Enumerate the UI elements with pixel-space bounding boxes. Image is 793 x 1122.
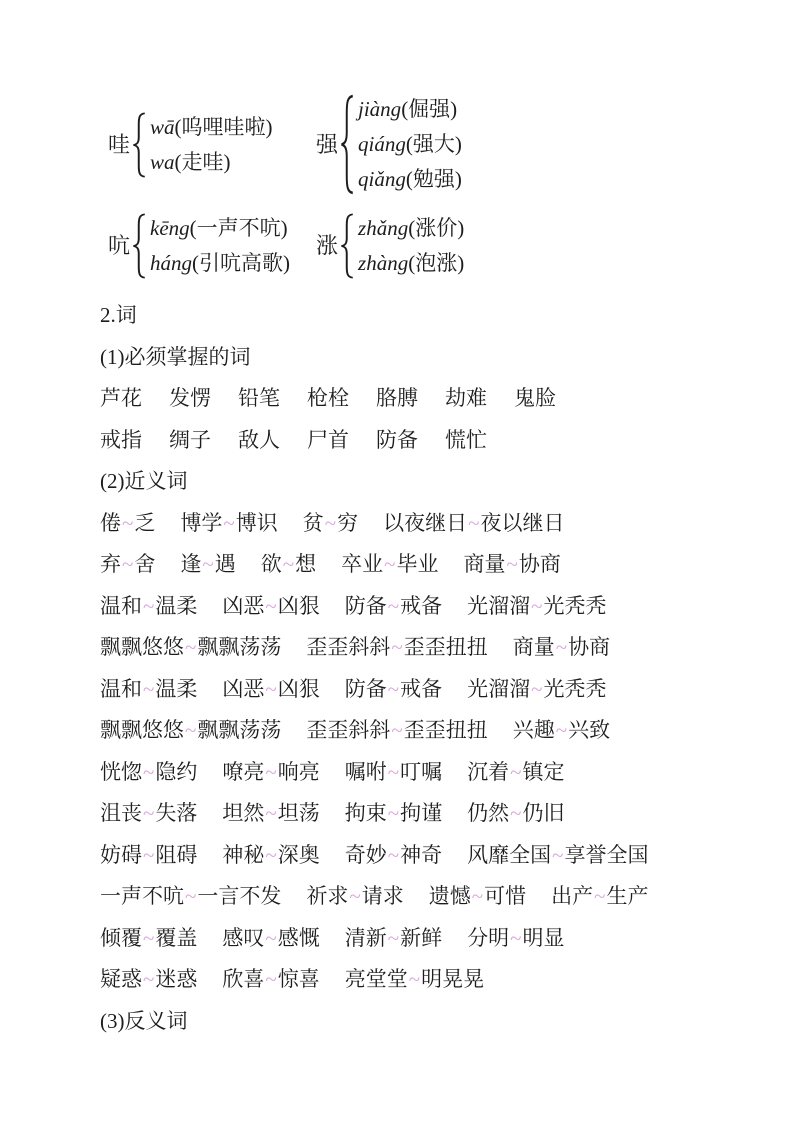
synonym-pair: 出产~生产 (551, 876, 648, 918)
word: 叮嘱 (400, 760, 442, 784)
synonym-pair: 倦~乏 (100, 503, 155, 545)
tilde-connector: ~ (264, 926, 277, 950)
word: 慌忙 (445, 420, 487, 462)
word: 明显 (523, 926, 565, 950)
word: 响亮 (278, 760, 320, 784)
tilde-connector: ~ (593, 884, 606, 908)
example-word: (走哇) (175, 150, 231, 174)
polyphone-group: 涨zhǎng(涨价)zhàng(泡涨) (316, 211, 464, 281)
tilde-connector: ~ (555, 635, 568, 659)
word: 劫难 (445, 378, 487, 420)
section-heading-words: 2.词 (100, 295, 733, 337)
word: 防备 (345, 594, 387, 618)
word: 恍惚 (100, 760, 142, 784)
word: 深奥 (278, 843, 320, 867)
pronunciation-entry: zhǎng(涨价) (358, 211, 464, 246)
pinyin-text: wā (150, 115, 175, 139)
word: 博学 (180, 511, 222, 535)
word: 嘱咐 (345, 760, 387, 784)
tilde-connector: ~ (387, 594, 400, 618)
pronunciation-entry: zhàng(泡涨) (358, 246, 464, 281)
synonym-pair: 沉着~镇定 (467, 752, 564, 794)
synonym-pair: 神秘~深奥 (222, 835, 319, 877)
tilde-connector: ~ (387, 677, 400, 701)
synonym-row: 温和~温柔凶恶~凶狠防备~戒备光溜溜~光秃秃 (100, 669, 733, 711)
synonym-row: 一声不吭~一言不发祈求~请求遗憾~可惜出产~生产 (100, 876, 733, 918)
tilde-connector: ~ (184, 635, 197, 659)
synonym-pair: 妨碍~阻碍 (100, 835, 197, 877)
tilde-connector: ~ (201, 552, 214, 576)
example-word: (一声不吭) (190, 216, 288, 240)
word: 卒业 (341, 552, 383, 576)
word: 嘹亮 (222, 760, 264, 784)
synonym-pair: 感叹~感慨 (222, 918, 319, 960)
word: 乏 (134, 511, 155, 535)
word: 防备 (376, 420, 418, 462)
pronunciation-entry: wa(走哇) (150, 145, 273, 180)
polyphone-row: 哇wā(呜哩哇啦)wa(走哇)强jiàng(倔强)qiáng(强大)qiǎng(… (100, 92, 733, 197)
word: 祈求 (306, 884, 348, 908)
tilde-connector: ~ (142, 967, 155, 991)
synonym-pair: 博学~博识 (180, 503, 277, 545)
word-row: 芦花发愣铅笔枪栓胳膊劫难鬼脸 (100, 378, 733, 420)
synonym-pair: 温和~温柔 (100, 586, 197, 628)
polyphone-character: 哇 (108, 134, 130, 156)
word: 遗憾 (429, 884, 471, 908)
word: 感慨 (278, 926, 320, 950)
word: 隐约 (155, 760, 197, 784)
tilde-connector: ~ (282, 552, 295, 576)
tilde-connector: ~ (530, 677, 543, 701)
word: 铅笔 (238, 378, 280, 420)
word: 飘飘悠悠 (100, 718, 184, 742)
synonym-pair: 疑惑~迷惑 (100, 959, 197, 1001)
tilde-connector: ~ (509, 926, 522, 950)
word: 遇 (215, 552, 236, 576)
tilde-connector: ~ (121, 552, 134, 576)
word: 协商 (519, 552, 561, 576)
word: 出产 (551, 884, 593, 908)
word: 坦然 (222, 801, 264, 825)
pinyin-text: jiàng (358, 97, 401, 121)
word-section: 2.词 (1)必须掌握的词 芦花发愣铅笔枪栓胳膊劫难鬼脸戒指绸子敌人尸首防备慌忙… (100, 295, 733, 1042)
word: 请求 (362, 884, 404, 908)
word: 阻碍 (155, 843, 197, 867)
synonym-pair: 祈求~请求 (306, 876, 403, 918)
pronunciation-entry: qiáng(强大) (358, 127, 462, 162)
tilde-connector: ~ (324, 511, 337, 535)
word: 坦荡 (278, 801, 320, 825)
polyphone-character: 强 (316, 134, 338, 156)
tilde-connector: ~ (387, 843, 400, 867)
tilde-connector: ~ (387, 926, 400, 950)
word: 沮丧 (100, 801, 142, 825)
polyphone-character: 涨 (316, 235, 338, 257)
tilde-connector: ~ (383, 552, 396, 576)
tilde-connector: ~ (264, 677, 277, 701)
word: 歪歪扭扭 (404, 635, 488, 659)
tilde-connector: ~ (264, 594, 277, 618)
word-row: 戒指绸子敌人尸首防备慌忙 (100, 420, 733, 462)
synonym-pair: 逢~遇 (180, 544, 235, 586)
synonym-pair: 亮堂堂~明晃晃 (345, 959, 484, 1001)
synonym-pair: 贫~穷 (303, 503, 358, 545)
word: 拘束 (345, 801, 387, 825)
tilde-connector: ~ (222, 511, 235, 535)
synonym-pair: 倾覆~覆盖 (100, 918, 197, 960)
synonym-pair: 分明~明显 (467, 918, 564, 960)
brace-icon (132, 213, 147, 279)
synonym-pair: 凶恶~凶狠 (222, 669, 319, 711)
tilde-connector: ~ (387, 801, 400, 825)
tilde-connector: ~ (264, 801, 277, 825)
word: 感叹 (222, 926, 264, 950)
synonym-pair: 光溜溜~光秃秃 (467, 669, 606, 711)
synonym-pair: 以夜继日~夜以继日 (383, 503, 564, 545)
word: 以夜继日 (383, 511, 467, 535)
word: 发愣 (169, 378, 211, 420)
tilde-connector: ~ (555, 718, 568, 742)
word: 协商 (568, 635, 610, 659)
word: 商量 (464, 552, 506, 576)
word: 尸首 (307, 420, 349, 462)
synonym-pair: 恍惚~隐约 (100, 752, 197, 794)
pronunciation-list: jiàng(倔强)qiáng(强大)qiǎng(勉强) (358, 92, 462, 197)
word: 鬼脸 (514, 378, 556, 420)
synonym-row: 弃~舍逢~遇欲~想卒业~毕业商量~协商 (100, 544, 733, 586)
word: 飘飘荡荡 (197, 718, 281, 742)
word: 仍然 (467, 801, 509, 825)
word: 欣喜 (222, 967, 264, 991)
synonym-pair: 防备~戒备 (345, 586, 442, 628)
word: 温柔 (155, 594, 197, 618)
tilde-connector: ~ (348, 884, 361, 908)
word: 歪歪斜斜 (306, 635, 390, 659)
word: 博识 (236, 511, 278, 535)
synonym-pair: 防备~戒备 (345, 669, 442, 711)
synonym-pair: 嘹亮~响亮 (222, 752, 319, 794)
example-word: (勉强) (406, 167, 462, 191)
pinyin-text: qiǎng (358, 167, 406, 191)
word: 惊喜 (278, 967, 320, 991)
synonym-pair: 坦然~坦荡 (222, 793, 319, 835)
polyphone-group: 吭kēng(一声不吭)háng(引吭高歌) (108, 211, 316, 281)
word: 胳膊 (376, 378, 418, 420)
tilde-connector: ~ (184, 718, 197, 742)
polyphone-section: 哇wā(呜哩哇啦)wa(走哇)强jiàng(倔强)qiáng(强大)qiǎng(… (100, 92, 733, 281)
word: 凶恶 (222, 594, 264, 618)
synonym-pair: 遗憾~可惜 (429, 876, 526, 918)
word: 神秘 (222, 843, 264, 867)
synonym-row: 温和~温柔凶恶~凶狠防备~戒备光溜溜~光秃秃 (100, 586, 733, 628)
word: 迷惑 (155, 967, 197, 991)
tilde-connector: ~ (264, 760, 277, 784)
tilde-connector: ~ (142, 843, 155, 867)
brace-icon (132, 112, 147, 178)
word: 光秃秃 (544, 594, 607, 618)
word: 戒备 (400, 677, 442, 701)
tilde-connector: ~ (142, 801, 155, 825)
brace-icon (340, 94, 355, 195)
synonym-pair: 欣喜~惊喜 (222, 959, 319, 1001)
example-word: (强大) (406, 132, 462, 156)
tilde-connector: ~ (530, 594, 543, 618)
pronunciation-entry: jiàng(倔强) (358, 92, 462, 127)
synonym-row: 飘飘悠悠~飘飘荡荡歪歪斜斜~歪歪扭扭商量~协商 (100, 627, 733, 669)
synonym-pair: 商量~协商 (513, 627, 610, 669)
synonym-pair: 风靡全国~享誉全国 (467, 835, 648, 877)
tilde-connector: ~ (408, 967, 421, 991)
word: 温和 (100, 594, 142, 618)
word: 兴致 (568, 718, 610, 742)
word: 亮堂堂 (345, 967, 408, 991)
word: 温柔 (155, 677, 197, 701)
example-word: (呜哩哇啦) (175, 115, 273, 139)
word: 弃 (100, 552, 121, 576)
word: 穷 (337, 511, 358, 535)
synonym-pair: 欲~想 (261, 544, 316, 586)
synonym-row: 妨碍~阻碍神秘~深奥奇妙~神奇风靡全国~享誉全国 (100, 835, 733, 877)
tilde-connector: ~ (467, 511, 480, 535)
required-words-list: 芦花发愣铅笔枪栓胳膊劫难鬼脸戒指绸子敌人尸首防备慌忙 (100, 378, 733, 461)
example-word: (引吭高歌) (192, 251, 290, 275)
synonym-pair: 飘飘悠悠~飘飘荡荡 (100, 627, 281, 669)
synonym-pair: 一声不吭~一言不发 (100, 876, 281, 918)
word: 一言不发 (197, 884, 281, 908)
pronunciation-entry: kēng(一声不吭) (150, 211, 290, 246)
word: 戒备 (400, 594, 442, 618)
tilde-connector: ~ (142, 760, 155, 784)
example-word: (泡涨) (408, 251, 464, 275)
pronunciation-list: wā(呜哩哇啦)wa(走哇) (150, 110, 273, 180)
word: 倾覆 (100, 926, 142, 950)
synonym-row: 飘飘悠悠~飘飘荡荡歪歪斜斜~歪歪扭扭兴趣~兴致 (100, 710, 733, 752)
tilde-connector: ~ (506, 552, 519, 576)
word: 风靡全国 (467, 843, 551, 867)
word: 防备 (345, 677, 387, 701)
synonym-pair: 歪歪斜斜~歪歪扭扭 (306, 627, 487, 669)
word: 歪歪斜斜 (306, 718, 390, 742)
pronunciation-entry: wā(呜哩哇啦) (150, 110, 273, 145)
section-heading-synonyms: (2)近义词 (100, 461, 733, 503)
word: 拘谨 (400, 801, 442, 825)
word: 仍旧 (523, 801, 565, 825)
tilde-connector: ~ (184, 884, 197, 908)
synonym-pair: 卒业~毕业 (341, 544, 438, 586)
word: 镇定 (523, 760, 565, 784)
synonym-row: 恍惚~隐约嘹亮~响亮嘱咐~叮嘱沉着~镇定 (100, 752, 733, 794)
word: 欲 (261, 552, 282, 576)
tilde-connector: ~ (264, 843, 277, 867)
pronunciation-list: zhǎng(涨价)zhàng(泡涨) (358, 211, 464, 281)
pronunciation-entry: háng(引吭高歌) (150, 246, 290, 281)
synonym-pair: 拘束~拘谨 (345, 793, 442, 835)
synonym-pair: 沮丧~失落 (100, 793, 197, 835)
tilde-connector: ~ (471, 884, 484, 908)
word: 分明 (467, 926, 509, 950)
polyphone-group: 哇wā(呜哩哇啦)wa(走哇) (108, 110, 316, 180)
word: 飘飘荡荡 (197, 635, 281, 659)
pronunciation-entry: qiǎng(勉强) (358, 162, 462, 197)
word: 妨碍 (100, 843, 142, 867)
pinyin-text: zhǎng (358, 216, 408, 240)
synonym-pair: 飘飘悠悠~飘飘荡荡 (100, 710, 281, 752)
synonym-pair: 凶恶~凶狠 (222, 586, 319, 628)
word: 兴趣 (513, 718, 555, 742)
synonym-pair: 商量~协商 (464, 544, 561, 586)
word: 新鲜 (400, 926, 442, 950)
example-word: (倔强) (401, 97, 457, 121)
word: 生产 (607, 884, 649, 908)
synonym-pair: 清新~新鲜 (345, 918, 442, 960)
word: 倦 (100, 511, 121, 535)
tilde-connector: ~ (509, 760, 522, 784)
polyphone-character: 吭 (108, 235, 130, 257)
word: 凶狠 (278, 594, 320, 618)
tilde-connector: ~ (387, 760, 400, 784)
synonym-pair: 歪歪斜斜~歪歪扭扭 (306, 710, 487, 752)
pronunciation-list: kēng(一声不吭)háng(引吭高歌) (150, 211, 290, 281)
word: 戒指 (100, 420, 142, 462)
word: 芦花 (100, 378, 142, 420)
word: 飘飘悠悠 (100, 635, 184, 659)
tilde-connector: ~ (121, 511, 134, 535)
pinyin-text: zhàng (358, 251, 408, 275)
synonym-pair: 弃~舍 (100, 544, 155, 586)
word: 贫 (303, 511, 324, 535)
tilde-connector: ~ (142, 677, 155, 701)
section-heading-antonyms: (3)反义词 (100, 1001, 733, 1043)
tilde-connector: ~ (264, 967, 277, 991)
example-word: (涨价) (408, 216, 464, 240)
pinyin-text: kēng (150, 216, 190, 240)
document-page: 哇wā(呜哩哇啦)wa(走哇)强jiàng(倔强)qiáng(强大)qiǎng(… (0, 0, 793, 1122)
synonym-row: 倦~乏博学~博识贫~穷以夜继日~夜以继日 (100, 503, 733, 545)
word: 舍 (134, 552, 155, 576)
brace-icon (340, 213, 355, 279)
word: 夜以继日 (481, 511, 565, 535)
tilde-connector: ~ (142, 594, 155, 618)
synonym-row: 倾覆~覆盖感叹~感慨清新~新鲜分明~明显 (100, 918, 733, 960)
section-heading-required-words: (1)必须掌握的词 (100, 337, 733, 379)
word: 想 (295, 552, 316, 576)
word: 光溜溜 (467, 677, 530, 701)
word: 明晃晃 (421, 967, 484, 991)
synonym-pair: 嘱咐~叮嘱 (345, 752, 442, 794)
word: 光秃秃 (544, 677, 607, 701)
synonyms-list: 倦~乏博学~博识贫~穷以夜继日~夜以继日弃~舍逢~遇欲~想卒业~毕业商量~协商温… (100, 503, 733, 1001)
synonym-pair: 仍然~仍旧 (467, 793, 564, 835)
word: 凶狠 (278, 677, 320, 701)
word: 沉着 (467, 760, 509, 784)
word: 温和 (100, 677, 142, 701)
word: 一声不吭 (100, 884, 184, 908)
pinyin-text: qiáng (358, 132, 406, 156)
word: 绸子 (169, 420, 211, 462)
synonym-row: 疑惑~迷惑欣喜~惊喜亮堂堂~明晃晃 (100, 959, 733, 1001)
synonym-pair: 温和~温柔 (100, 669, 197, 711)
tilde-connector: ~ (551, 843, 564, 867)
word: 疑惑 (100, 967, 142, 991)
synonym-pair: 光溜溜~光秃秃 (467, 586, 606, 628)
tilde-connector: ~ (509, 801, 522, 825)
tilde-connector: ~ (390, 635, 403, 659)
word: 敌人 (238, 420, 280, 462)
word: 清新 (345, 926, 387, 950)
word: 凶恶 (222, 677, 264, 701)
polyphone-group: 强jiàng(倔强)qiáng(强大)qiǎng(勉强) (316, 92, 462, 197)
synonym-pair: 奇妙~神奇 (345, 835, 442, 877)
word: 覆盖 (155, 926, 197, 950)
synonym-row: 沮丧~失落坦然~坦荡拘束~拘谨仍然~仍旧 (100, 793, 733, 835)
word: 享誉全国 (565, 843, 649, 867)
tilde-connector: ~ (390, 718, 403, 742)
word: 神奇 (400, 843, 442, 867)
word: 商量 (513, 635, 555, 659)
polyphone-row: 吭kēng(一声不吭)háng(引吭高歌)涨zhǎng(涨价)zhàng(泡涨) (100, 211, 733, 281)
word: 失落 (155, 801, 197, 825)
word: 光溜溜 (467, 594, 530, 618)
word: 毕业 (397, 552, 439, 576)
tilde-connector: ~ (142, 926, 155, 950)
pinyin-text: wa (150, 150, 175, 174)
pinyin-text: háng (150, 251, 192, 275)
synonym-pair: 兴趣~兴致 (513, 710, 610, 752)
word: 逢 (180, 552, 201, 576)
word: 奇妙 (345, 843, 387, 867)
word: 枪栓 (307, 378, 349, 420)
word: 可惜 (484, 884, 526, 908)
word: 歪歪扭扭 (404, 718, 488, 742)
